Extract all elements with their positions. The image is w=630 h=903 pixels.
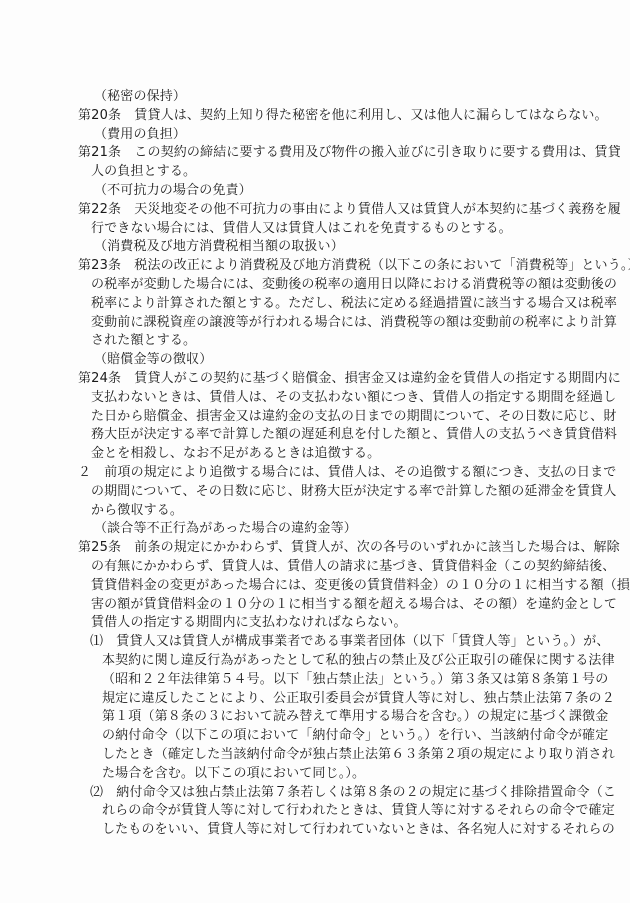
article-25-item-1-cont-2: （昭和２２年法律第５４号。以下「独占禁止法」という。）第３条又は第８条第１号の (102, 672, 608, 688)
article-25-item-1-cont-7: た場合を含む。以下この項において同じ。）。 (102, 766, 365, 782)
article-25-item-1-cont-3: 規定に違反したことにより、公正取引委員会が賃貸人等に対し、独占禁止法第７条の２ (102, 691, 615, 707)
heading-force-majeure: （不可抗力の場合の免責） (94, 183, 252, 199)
article-25-item-2: ⑵ 納付命令又は独占禁止法第７条若しくは第８条の２の規定に基づく排除措置命令（こ (90, 785, 616, 801)
article-23-cont-3: 変動前に課税資産の譲渡等が行われる場合には、消費税等の額は変動前の税率により計算 (91, 315, 617, 331)
article-25-item-1: ⑴ 賃貸人又は賃貸人が構成事業者である事業者団体（以下「賃貸人等」という。）が、 (90, 634, 610, 650)
article-25-cont-2: 賃貸借料金の変更があった場合には、変更後の賃貸借料金）の１０分の１に相当する額（… (91, 578, 630, 594)
heading-confidentiality: （秘密の保持） (94, 89, 186, 105)
article-25-item-1-cont-6: したとき（確定した当該納付命令が独占禁止法第６３条第２項の規定により取り消され (102, 747, 615, 763)
heading-consumption-tax: （消費税及び地方消費税相当額の取扱い） (94, 239, 344, 255)
article-24-cont-3: 務大臣が決定する率で計算した額の遅延利息を付した額と、賃借人の支払うべき賃貸借料 (91, 427, 617, 443)
heading-collusion-penalty: （談合等不正行為があった場合の違約金等） (94, 521, 357, 537)
article-23: 第23条 税法の改正により消費税及び地方消費税（以下この条において「消費税等」と… (78, 258, 630, 274)
article-25-item-1-cont-4: 第１項（第８条の３において読み替えて準用する場合を含む。）の規定に基づく課徴金 (102, 709, 608, 725)
heading-compensation: （賠償金等の徴収） (94, 352, 212, 368)
article-24-para-2-cont-1: の期間について、その日数に応じ、財務大臣が決定する率で計算した額の延滞金を賃貸人 (91, 484, 616, 500)
article-22-cont: 行できない場合には、賃借人又は賃貸人はこれを免責するものとする。 (91, 221, 512, 237)
article-25-item-1-cont-5: の納付命令（以下この項において「納付命令」という。）を行い、当該納付命令が確定 (102, 728, 608, 744)
article-25-cont-1: の有無にかかわらず、賃貸人は、賃借人の請求に基づき、賃貸借料金（この契約締結後、 (91, 559, 615, 575)
article-24-para-2: ２ 前項の規定により追徴する場合には、賃借人は、その追徴する額につき、支払の日ま… (78, 465, 616, 481)
article-25-item-2-cont-2: したものをいい、賃貸人等に対して行われていないときは、各名宛人に対するそれらの (102, 822, 615, 838)
article-23-cont-2: 税率により計算された額とする。ただし、税法に定める経過措置に該当する場合又は税率 (91, 296, 617, 312)
article-23-cont-1: の税率が変動した場合には、変動後の税率の適用日以降における消費税等の額は変動後の (91, 277, 617, 293)
article-21-cont: 人の負担とする。 (91, 164, 196, 180)
article-24-para-2-cont-2: から徴収する。 (91, 503, 183, 519)
article-23-cont-4: された額とする。 (91, 333, 196, 349)
article-25: 第25条 前条の規定にかかわらず、賃貸人が、次の各号のいずれかに該当した場合は、… (78, 540, 620, 556)
article-25-cont-4: 賃借人の指定する期間内に支払わなければならない。 (91, 615, 407, 631)
article-20: 第20条 賃貸人は、契約上知り得た秘密を他に利用し、又は他人に漏らしてはならない… (78, 108, 608, 124)
article-21: 第21条 この契約の締結に要する費用及び物件の搬入並びに引き取りに要する費用は、… (78, 145, 621, 161)
article-24-cont-4: 金とを相殺し、なお不足があるときは追徴する。 (91, 446, 380, 462)
article-25-item-2-cont-1: れらの命令が賃貸人等に対して行われたときは、賃貸人等に対するそれらの命令で確定 (102, 803, 615, 819)
article-25-item-1-cont-1: 本契約に関し違反行為があったとして私的独占の禁止及び公正取引の確保に関する法律 (102, 653, 615, 669)
document-page: （秘密の保持） 第20条 賃貸人は、契約上知り得た秘密を他に利用し、又は他人に漏… (0, 0, 630, 903)
article-22: 第22条 天災地変その他不可抗力の事由により賃借人又は賃貸人が本契約に基づく義務… (78, 202, 621, 218)
article-24: 第24条 賃貸人がこの契約に基づく賠償金、損害金又は違約金を賃借人の指定する期間… (78, 371, 621, 387)
heading-cost-burden: （費用の負担） (94, 127, 186, 143)
article-24-cont-2: た日から賠償金、損害金又は違約金の支払の日までの期間について、その日数に応じ、財 (91, 409, 616, 425)
article-24-cont-1: 支払わないときは、賃借人は、その支払わない額につき、賃借人の指定する期間を経過し (91, 390, 616, 406)
article-25-cont-3: 害の額が賃貸借料金の１０分の１に相当する額を超える場合は、その額）を違約金として (91, 597, 617, 613)
